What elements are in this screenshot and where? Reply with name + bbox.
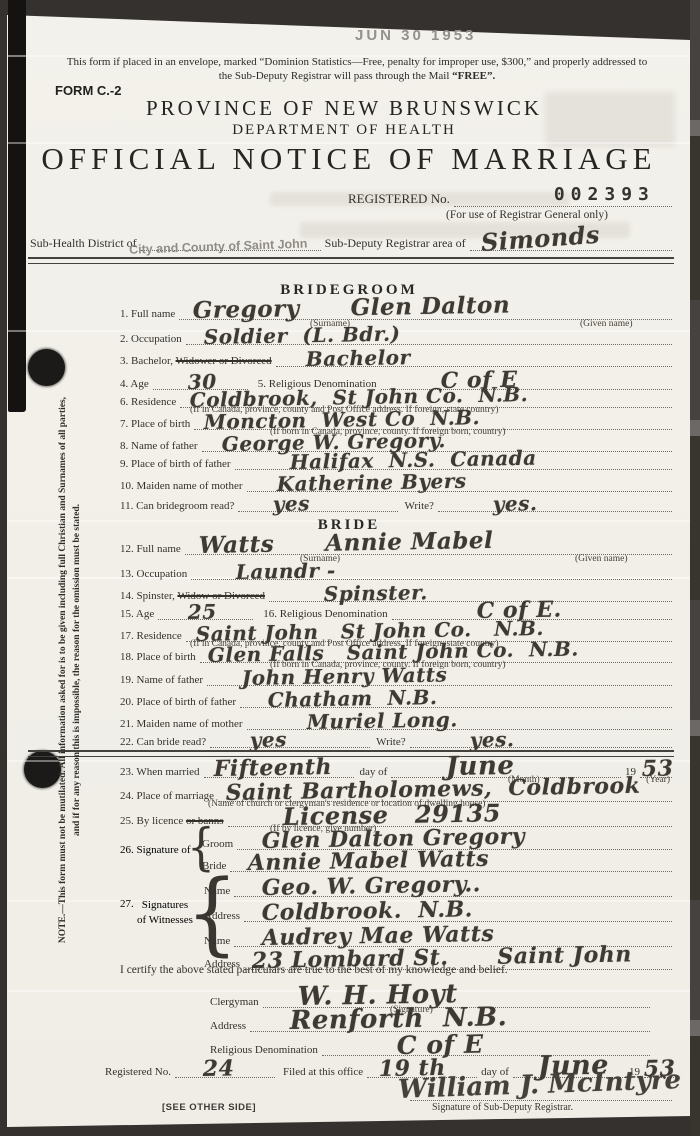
- groom-signature-label: Groom: [202, 838, 237, 850]
- field-label: Place of birth: [137, 651, 196, 663]
- field-number: 6.: [120, 396, 128, 408]
- field-number: 16.: [263, 608, 277, 620]
- handwritten-value: Bachelor: [305, 345, 410, 371]
- field-number: 21.: [120, 718, 134, 730]
- field-label: Full name: [137, 543, 181, 555]
- field-number: 9.: [120, 458, 128, 470]
- field-number: 4.: [120, 378, 128, 390]
- field-groom-mother-maiden-name: 10. Maiden name of mother Katherine Byer…: [120, 476, 672, 492]
- bride-signature-row: Bride Annie Mabel Watts: [202, 856, 672, 872]
- field-label: Full name: [131, 308, 175, 320]
- field-bride-birthplace: 18. Place of birth Glen Falls Saint John…: [120, 647, 672, 663]
- field-bride-literacy: 22. Can bride read? yes Write? yes.: [120, 732, 672, 748]
- handwritten-value: yes: [250, 727, 288, 752]
- field-label: Place of birth of father: [131, 458, 231, 470]
- filing-registered-value: 24: [203, 1055, 235, 1082]
- denomination-label: Religious Denomination: [210, 1044, 322, 1056]
- handwritten-value: yes.: [469, 727, 514, 752]
- write-label: Write?: [398, 500, 437, 512]
- field-label: By licence: [137, 815, 184, 827]
- field-groom-residence: 6. Residence Coldbrook, St John Co. N.B.…: [120, 392, 672, 408]
- mail-free-emphasis: “FREE”.: [452, 70, 495, 82]
- sub-health-district-label: Sub-Health District of: [30, 236, 141, 251]
- clergyman-address-label: Address: [210, 1020, 250, 1032]
- scan-edge-right: [690, 0, 700, 1136]
- field-number: 1.: [120, 308, 128, 320]
- adjacent-page-edge: [8, 0, 26, 412]
- field-label: Maiden name of mother: [137, 718, 243, 730]
- scanned-marriage-form: JUN 30 1953 This form if placed in an en…: [0, 0, 700, 1136]
- handwritten-value: Watts Annie Mabel: [198, 527, 493, 559]
- year-hint: (Year): [646, 775, 670, 785]
- field-number: 17.: [120, 630, 134, 642]
- handwritten-value: Muriel Long.: [306, 707, 457, 734]
- vertical-margin-note-text: NOTE.—This form must not be mutilated. A…: [56, 392, 112, 948]
- write-label: Write?: [370, 736, 409, 748]
- section-divider: [28, 750, 674, 757]
- handwritten-value: Gregory Glen Dalton: [193, 291, 511, 324]
- field-bride-mother-maiden-name: 21. Maiden name of mother Muriel Long.: [120, 714, 672, 730]
- field-label: Name of father: [137, 674, 204, 686]
- handwritten-value: yes.: [493, 491, 538, 516]
- witness-name-label: Name: [204, 935, 234, 947]
- field-number: 23.: [120, 766, 134, 778]
- field-number: 19.: [120, 674, 134, 686]
- field-label: Place of birth: [131, 418, 190, 430]
- field-groom-father-birthplace: 9. Place of birth of father Halifax N.S.…: [120, 454, 672, 470]
- handwritten-value: Laundr -: [236, 558, 336, 584]
- district-row: Sub-Health District of City and County o…: [30, 236, 672, 251]
- field-label: Occupation: [137, 568, 188, 580]
- vertical-margin-note: NOTE.—This form must not be mutilated. A…: [56, 392, 112, 948]
- see-other-side-note: [SEE OTHER SIDE]: [162, 1102, 256, 1113]
- witness-signatures-block: 27. Signatures of Witnesses { Name Geo. …: [120, 874, 672, 974]
- department-heading: DEPARTMENT OF HEALTH: [28, 122, 660, 139]
- field-number: 18.: [120, 651, 134, 663]
- province-heading: PROVINCE OF NEW BRUNSWICK: [28, 96, 660, 121]
- clergyman-label: Clergyman: [210, 996, 263, 1008]
- field-label: Can bridegroom read?: [136, 500, 234, 512]
- day-of-label: day of: [354, 766, 392, 778]
- field-label: Spinster,: [137, 590, 175, 602]
- field-number: 11.: [120, 500, 133, 512]
- registered-no-line: 002393: [454, 191, 672, 207]
- field-bride-father-name: 19. Name of father John Henry Watts: [120, 670, 672, 686]
- field-label: Place of marriage: [137, 790, 215, 802]
- field-label: Residence: [137, 630, 182, 642]
- field-label: Age: [136, 608, 154, 620]
- witness-name-label: Name: [204, 885, 234, 897]
- field-number: 27.: [120, 898, 134, 910]
- field-number: 14.: [120, 590, 134, 602]
- field-label: Maiden name of mother: [137, 480, 243, 492]
- date-received-stamp: JUN 30 1953: [355, 27, 476, 44]
- certification-statement: I certify the above stated particulars a…: [120, 964, 508, 976]
- field-label: Bachelor,: [131, 355, 173, 367]
- handwritten-value: yes: [273, 491, 311, 516]
- mail-instruction-line1: This form if placed in an envelope, mark…: [40, 56, 674, 68]
- field-number: 12.: [120, 543, 134, 555]
- registered-no-label: REGISTERED No.: [348, 191, 454, 207]
- sub-deputy-signature-caption: Signature of Sub-Deputy Registrar.: [432, 1102, 573, 1113]
- handwritten-value: 25: [188, 600, 217, 624]
- field-number: 2.: [120, 333, 128, 345]
- witness-address-label: Address: [204, 910, 244, 922]
- field-number: 3.: [120, 355, 128, 367]
- mail-instruction-line2: the Sub-Deputy Registrar will pass throu…: [40, 70, 674, 82]
- field-label: Signature of: [137, 844, 191, 856]
- field-label: When married: [136, 766, 199, 778]
- field-number: 10.: [120, 480, 134, 492]
- page-title: OFFICIAL NOTICE OF MARRIAGE: [28, 141, 670, 177]
- sub-deputy-signature-line: [410, 1100, 672, 1101]
- sub-health-district-line: City and County of Saint John: [141, 235, 321, 251]
- field-groom-full-name: 1. Full name Gregory Glen Dalton (Surnam…: [120, 304, 672, 320]
- field-number: 22.: [120, 736, 134, 748]
- field-number: 8.: [120, 440, 128, 452]
- field-groom-literacy: 11. Can bridegroom read? yes Write? yes.: [120, 496, 672, 512]
- punch-hole: [28, 349, 65, 386]
- witness-address-row: Address Coldbrook. N.B.: [204, 906, 672, 922]
- field-label: Residence: [131, 396, 176, 408]
- witness-name-row: Name Geo. W. Gregory..: [204, 881, 672, 897]
- field-number: 26.: [120, 844, 134, 856]
- field-groom-marital-status: 3. Bachelor, Widower or Divorced Bachelo…: [120, 351, 672, 367]
- mail-instruction-text: the Sub-Deputy Registrar will pass throu…: [219, 70, 452, 82]
- field-number: 7.: [120, 418, 128, 430]
- filed-at-office-label: Filed at this office: [275, 1066, 367, 1078]
- registrar-general-note: (For use of Registrar General only): [446, 209, 608, 221]
- registered-no-row: REGISTERED No. 002393: [348, 192, 672, 207]
- struck-label-text: Widower or Divorced: [176, 355, 272, 367]
- field-number: 13.: [120, 568, 134, 580]
- field-label: Place of birth of father: [137, 696, 237, 708]
- field-label: Name of father: [131, 440, 198, 452]
- field-number: 25.: [120, 815, 134, 827]
- field-label: Age: [130, 378, 148, 390]
- field-label: Occupation: [131, 333, 182, 345]
- field-bride-father-birthplace: 20. Place of birth of father Chatham N.B…: [120, 692, 672, 708]
- field-groom-birthplace: 7. Place of birth Moncton West Co N.B. (…: [120, 414, 672, 430]
- section-divider: [28, 257, 674, 264]
- registered-no-stamp: 002393: [554, 184, 655, 205]
- field-number: 15.: [120, 608, 134, 620]
- field-groom-occupation: 2. Occupation Soldier (L. Bdr.): [120, 329, 672, 345]
- filing-registered-label: Registered No.: [105, 1066, 175, 1078]
- field-number: 20.: [120, 696, 134, 708]
- field-bride-occupation: 13. Occupation Laundr -: [120, 564, 672, 580]
- field-number: 24.: [120, 790, 134, 802]
- field-bride-full-name: 12. Full name Watts Annie Mabel (Surname…: [120, 539, 672, 555]
- field-label: Can bride read?: [137, 736, 207, 748]
- sub-deputy-area-line: Simonds: [470, 235, 672, 251]
